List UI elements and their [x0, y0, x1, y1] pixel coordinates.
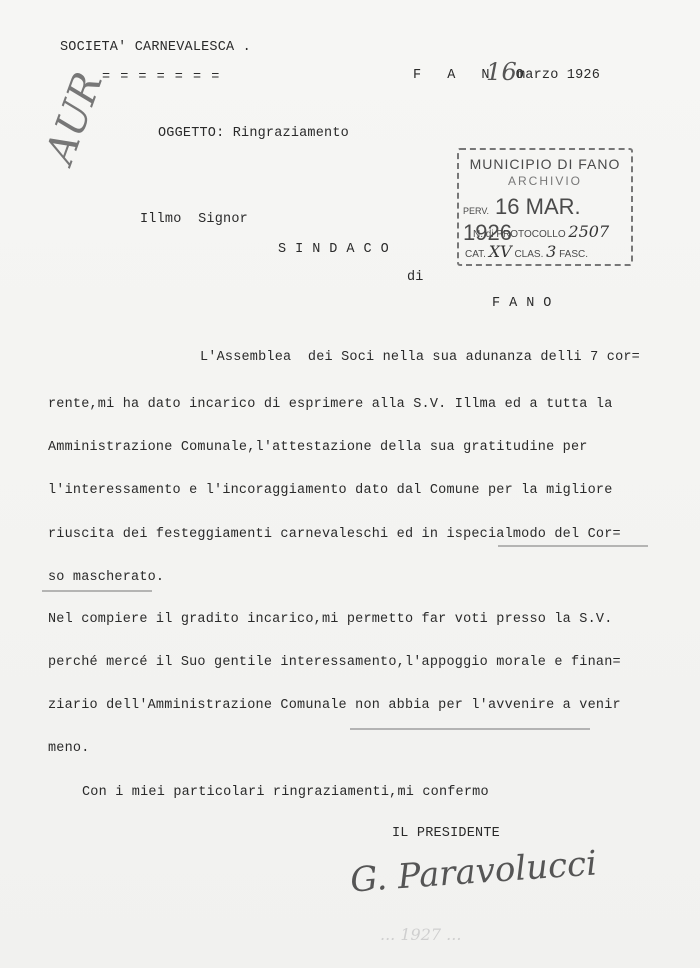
- pencil-underline: [498, 545, 648, 547]
- body-line: Nel compiere il gradito incarico,mi perm…: [48, 612, 613, 627]
- body-line: perché mercé il Suo gentile interessamen…: [48, 655, 621, 670]
- body-line: ziario dell'Amministrazione Comunale non…: [48, 698, 621, 713]
- stamp-classification: CAT. XV CLAS. 3 FASC.: [465, 242, 588, 261]
- handwritten-initials: AUR: [37, 67, 112, 170]
- body-line: rente,mi ha dato incarico di esprimere a…: [48, 397, 613, 412]
- stamp-protocol: N. di PROTOCOLLO 2507: [473, 222, 609, 241]
- document-page: SOCIETA' CARNEVALESCA . = = = = = = = F …: [0, 0, 700, 968]
- signatory-title: IL PRESIDENTE: [392, 826, 500, 841]
- body-line: L'Assemblea dei Soci nella sua adunanza …: [200, 350, 640, 365]
- protocol-label: N. di PROTOCOLLO: [473, 229, 566, 240]
- body-line: so mascherato.: [48, 570, 164, 585]
- organization-name: SOCIETA' CARNEVALESCA .: [60, 40, 251, 55]
- salutation: Illmo Signor: [140, 212, 248, 227]
- cat-value: XV: [489, 242, 512, 261]
- archive-stamp: MUNICIPIO DI FANO ARCHIVIO PERV.16 MAR. …: [457, 148, 633, 266]
- handwritten-day: 16: [486, 58, 517, 86]
- clas-value: 3: [546, 242, 556, 261]
- body-line: Amministrazione Comunale,l'attestazione …: [48, 440, 588, 455]
- recipient-title: SINDACO: [278, 242, 398, 257]
- protocol-number: 2507: [568, 222, 609, 241]
- pencil-underline: [42, 590, 152, 592]
- recipient-di: di: [407, 270, 424, 285]
- closing-line: Con i miei particolari ringraziamenti,mi…: [82, 785, 489, 800]
- stamp-line-2: ARCHIVIO: [459, 174, 631, 188]
- fasc-label: FASC.: [559, 249, 588, 260]
- header-separator: = = = = = = =: [102, 70, 220, 85]
- faint-pencil-note: ... 1927 ...: [380, 925, 461, 944]
- handwritten-signature: G. Paravolucci: [349, 843, 598, 900]
- clas-label: CLAS.: [514, 249, 543, 260]
- pencil-underline: [350, 728, 590, 730]
- stamp-line-1: MUNICIPIO DI FANO: [459, 156, 631, 172]
- subject-line: OGGETTO: Ringraziamento: [158, 126, 349, 141]
- body-line: riuscita dei festeggiamenti carnevalesch…: [48, 527, 621, 542]
- body-line: meno.: [48, 741, 90, 756]
- body-line: l'interessamento e l'incoraggiamento dat…: [48, 483, 613, 498]
- recipient-city: FANO: [492, 296, 560, 311]
- date-text: marzo 1926: [517, 68, 600, 83]
- cat-label: CAT.: [465, 249, 486, 260]
- stamp-prefix: PERV.: [463, 206, 489, 216]
